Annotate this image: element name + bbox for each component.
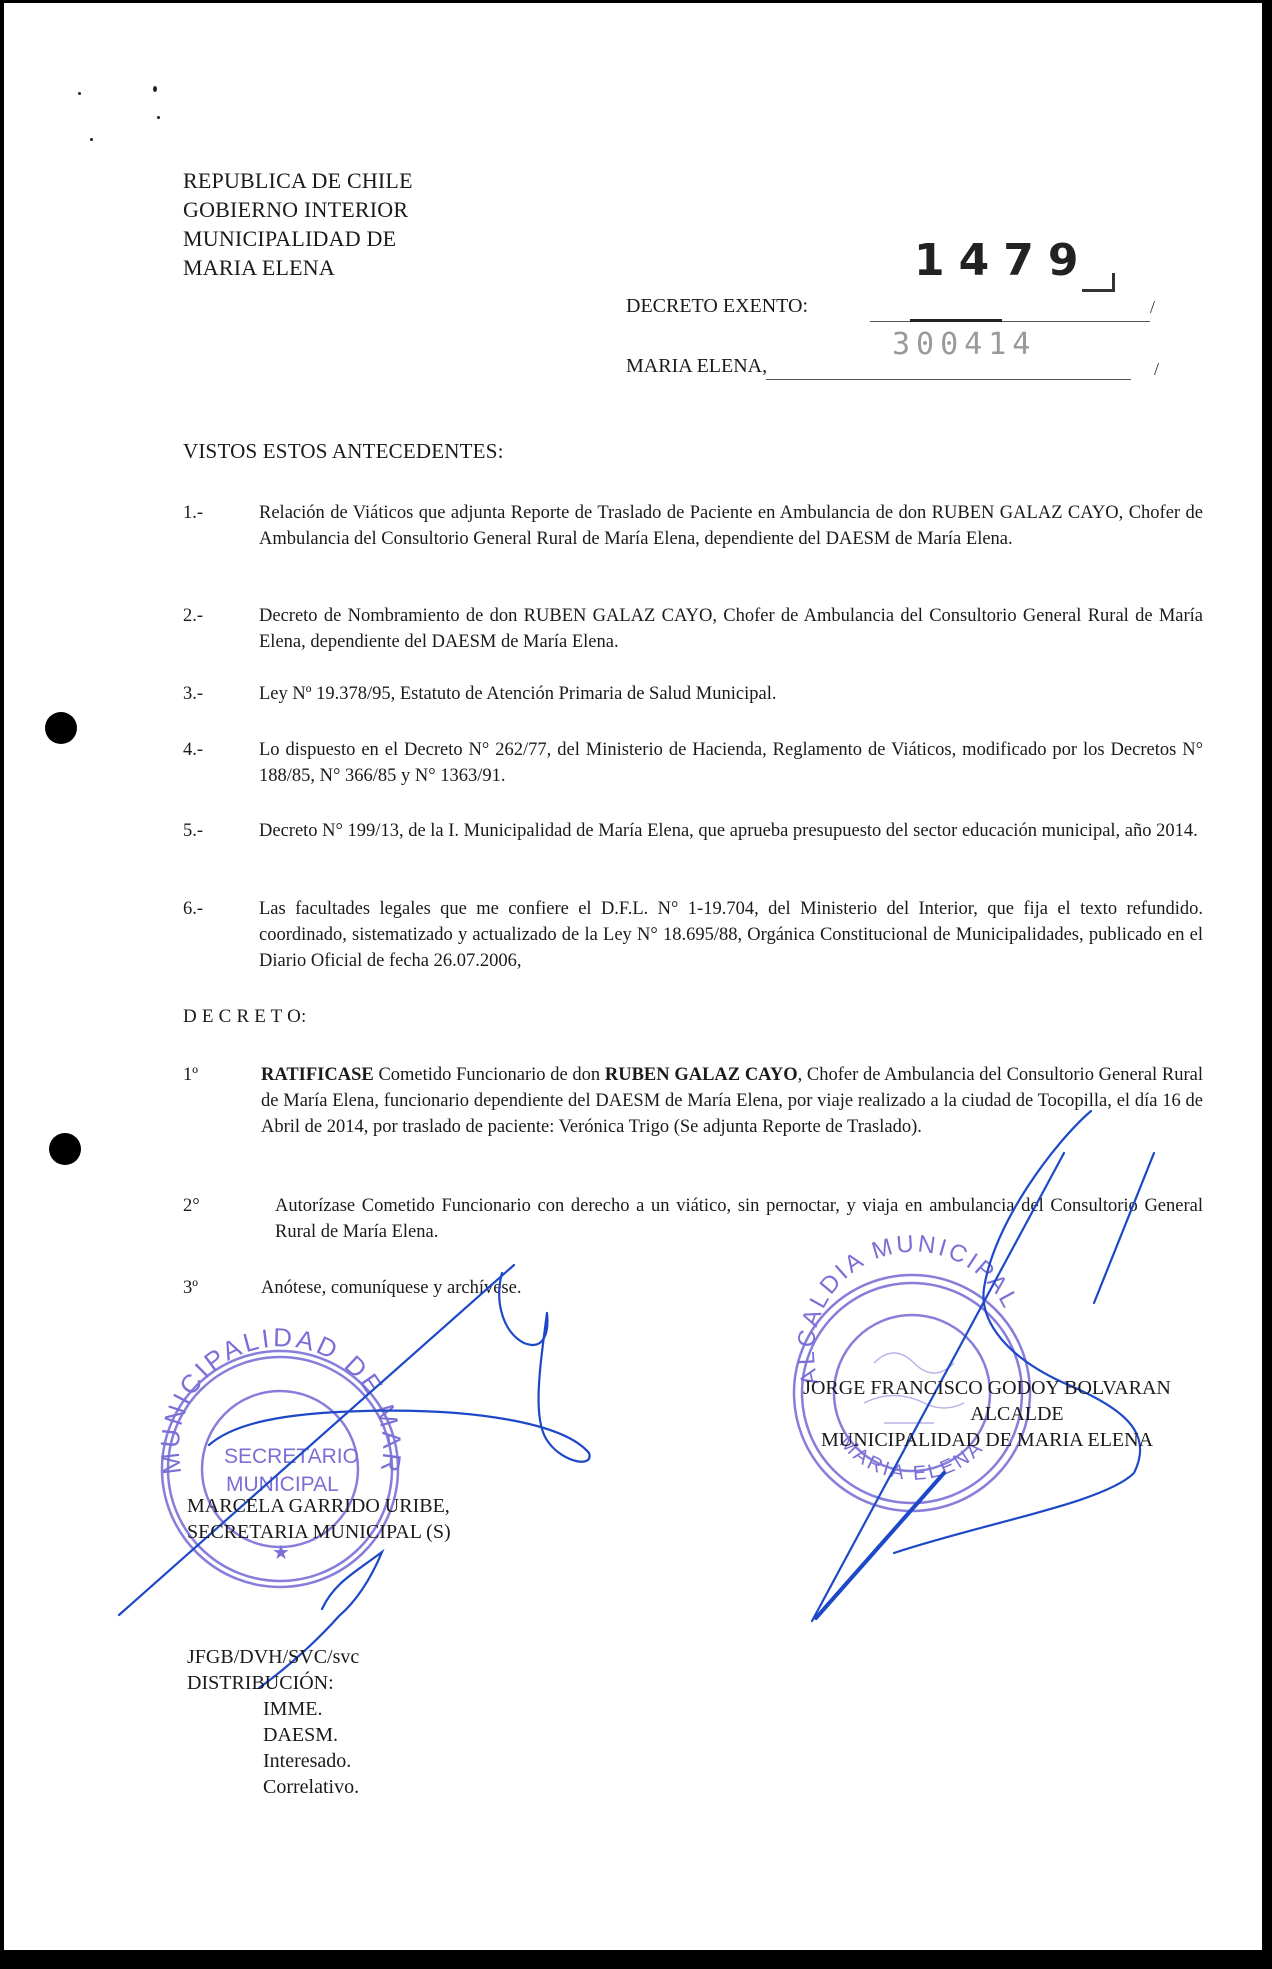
distribution-label: DISTRIBUCIÓN: (187, 1670, 359, 1696)
item-text: Relación de Viáticos que adjunta Reporte… (259, 500, 1203, 552)
distribution-item: Correlativo. (263, 1774, 359, 1800)
mayor-name: JORGE FRANCISCO GODOY BOLVARAN (772, 1375, 1202, 1401)
svg-text:★: ★ (272, 1542, 290, 1564)
secretary-stamp (162, 1351, 398, 1587)
secretary-name: MARCELA GARRIDO URIBE, (187, 1493, 451, 1519)
header-line: MUNICIPALIDAD DE (183, 224, 413, 253)
punch-hole (45, 712, 77, 744)
bold-verb: RATIFICASE (261, 1065, 374, 1085)
header-line: GOBIERNO INTERIOR (183, 195, 413, 224)
vistos-title: VISTOS ESTOS ANTECEDENTES: (183, 439, 504, 464)
decreto-item: 3º Anótese, comuníquese y archívese. (183, 1275, 1203, 1301)
item-text: Decreto de Nombramiento de don RUBEN GAL… (259, 603, 1203, 655)
slash-mark: / (1154, 359, 1159, 380)
decreto-title: D E C R E T O: (183, 1006, 307, 1028)
item-number: 6.- (183, 896, 203, 922)
issuer-header: REPUBLICA DE CHILE GOBIERNO INTERIOR MUN… (183, 166, 413, 282)
distribution-item: Interesado. (263, 1748, 359, 1774)
item-number: 4.- (183, 737, 203, 763)
item-text: Lo dispuesto en el Decreto N° 262/77, de… (259, 737, 1203, 789)
mayor-signature: JORGE FRANCISCO GODOY BOLVARAN ALCALDE M… (772, 1375, 1202, 1453)
item-number: 5.- (183, 818, 203, 844)
item-number: 2.- (183, 603, 203, 629)
date-line (766, 379, 1131, 380)
vistos-item: 3.- Ley Nº 19.378/95, Estatuto de Atenci… (183, 681, 1203, 707)
date-stamp: 300414 (892, 327, 1036, 362)
item-number: 1.- (183, 500, 203, 526)
initials: JFGB/DVH/SVC/svc (187, 1644, 359, 1670)
vistos-item: 4.- Lo dispuesto en el Decreto N° 262/77… (183, 737, 1203, 789)
slash-mark: / (1150, 297, 1155, 318)
punch-hole (49, 1133, 81, 1165)
header-line: MARIA ELENA (183, 253, 413, 282)
item-number: 3.- (183, 681, 203, 707)
item-number: 2° (183, 1193, 200, 1219)
document-page: REPUBLICA DE CHILE GOBIERNO INTERIOR MUN… (4, 3, 1262, 1950)
decreto-item: 1º RATIFICASE Cometido Funcionario de do… (183, 1062, 1203, 1140)
decreto-item: 2° Autorízase Cometido Funcionario con d… (183, 1193, 1203, 1245)
mayor-org: MUNICIPALIDAD DE MARIA ELENA (772, 1427, 1202, 1453)
item-text: Ley Nº 19.378/95, Estatuto de Atención P… (259, 681, 1203, 707)
place-label: MARIA ELENA, (626, 355, 767, 378)
vistos-item: 2.- Decreto de Nombramiento de don RUBEN… (183, 603, 1203, 655)
svg-text:ALCALDIA MUNICIPAL: ALCALDIA MUNICIPAL (793, 1230, 1025, 1388)
decree-exento-label: DECRETO EXENTO: (626, 295, 808, 318)
distribution-block: JFGB/DVH/SVC/svc DISTRIBUCIÓN: IMME. DAE… (187, 1644, 359, 1800)
secretary-signature: MARCELA GARRIDO URIBE, SECRETARIA MUNICI… (187, 1493, 451, 1545)
distribution-item: DAESM. (263, 1722, 359, 1748)
scan-speck (78, 92, 81, 95)
secretary-title: SECRETARIA MUNICIPAL (S) (187, 1519, 451, 1545)
scan-speck (157, 116, 160, 119)
distribution-item: IMME. (263, 1696, 359, 1722)
vistos-item: 1.- Relación de Viáticos que adjunta Rep… (183, 500, 1203, 552)
item-text: Las facultades legales que me confiere e… (259, 896, 1203, 974)
header-line: REPUBLICA DE CHILE (183, 166, 413, 195)
item-text: Anótese, comuníquese y archívese. (261, 1275, 1203, 1301)
item-text: Decreto N° 199/13, de la I. Municipalida… (259, 818, 1203, 844)
item-number: 3º (183, 1275, 198, 1301)
bold-name: RUBEN GALAZ CAYO (605, 1065, 798, 1085)
vistos-item: 5.- Decreto N° 199/13, de la I. Municipa… (183, 818, 1203, 844)
item-text: Autorízase Cometido Funcionario con dere… (275, 1193, 1203, 1245)
mayor-title: ALCALDE (832, 1401, 1202, 1427)
decree-number-underline-bold (910, 319, 1002, 322)
item-text: RATIFICASE Cometido Funcionario de don R… (261, 1062, 1203, 1140)
scan-speck (90, 138, 93, 141)
svg-text:SECRETARIO: SECRETARIO (224, 1445, 359, 1468)
item-number: 1º (183, 1062, 198, 1088)
scan-speck (153, 86, 157, 92)
stamp-corner-mark (1082, 273, 1115, 292)
vistos-item: 6.- Las facultades legales que me confie… (183, 896, 1203, 974)
decree-number-stamp: 1479 (914, 235, 1092, 286)
